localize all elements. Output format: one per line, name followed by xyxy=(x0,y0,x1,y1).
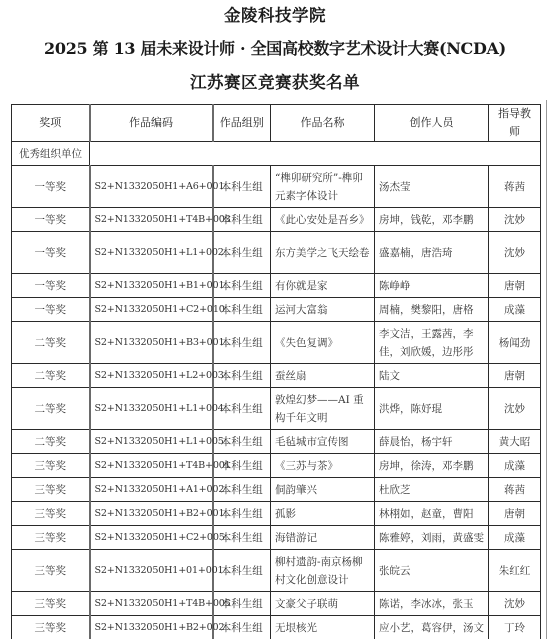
advisor-cell: 沈妙 xyxy=(489,232,541,274)
code-cell: S2+N1332050H1+L1+004 xyxy=(90,388,213,430)
page-edge-line xyxy=(546,100,547,639)
code-cell: S2+N1332050H1+B1+001 xyxy=(90,274,213,298)
creators-cell: 林栩如，赵童，曹阳 xyxy=(375,502,489,526)
title-cell: 《此心安处是吾乡》 xyxy=(271,208,375,232)
award-cell: 二等奖 xyxy=(12,364,90,388)
award-cell: 三等奖 xyxy=(12,526,90,550)
column-header-code: 作品编码 xyxy=(90,105,213,142)
table-row: 三等奖S2+N1332050H1+01+001本科生组柳村遗韵-南京杨柳村文化创… xyxy=(12,550,541,592)
table-row: 一等奖S2+N1332050H1+A6+001本科生组“榫卯研究所”-榫卯元素字… xyxy=(12,166,541,208)
code-cell: S2+N1332050H1+L1+005 xyxy=(90,430,213,454)
award-cell: 一等奖 xyxy=(12,274,90,298)
title-cell: 敦煌幻梦——AI 重构千年文明 xyxy=(271,388,375,430)
group-cell: 本科生组 xyxy=(213,322,271,364)
column-header-advisor: 指导教师 xyxy=(489,105,541,142)
section-row: 优秀组织单位 xyxy=(12,142,541,166)
code-cell: S2+N1332050H1+C2+005 xyxy=(90,526,213,550)
creators-cell: 薛晨怡，杨宇轩 xyxy=(375,430,489,454)
award-cell: 一等奖 xyxy=(12,232,90,274)
creators-cell: 杜欣芝 xyxy=(375,478,489,502)
table-row: 三等奖S2+N1332050H1+A1+002本科生组侗韵肇兴杜欣芝蒋茜 xyxy=(12,478,541,502)
group-cell: 本科生组 xyxy=(213,232,271,274)
award-cell: 三等奖 xyxy=(12,550,90,592)
code-cell: S2+N1332050H1+L1+002 xyxy=(90,232,213,274)
advisor-cell: 朱红红 xyxy=(489,550,541,592)
code-cell: S2+N1332050H1+B2+001 xyxy=(90,502,213,526)
table-row: 二等奖S2+N1332050H1+L2+003本科生组蚕丝扇陆文唐朝 xyxy=(12,364,541,388)
title-cell: 无垠核光 xyxy=(271,616,375,639)
table-row: 三等奖S2+N1332050H1+T4B+005本科生组文豪父子联萌陈诺，李冰冰… xyxy=(12,592,541,616)
creators-cell: 房坤，徐涛，邓李鹏 xyxy=(375,454,489,478)
award-cell: 二等奖 xyxy=(12,322,90,364)
title-cell: 柳村遗韵-南京杨柳村文化创意设计 xyxy=(271,550,375,592)
code-cell: S2+N1332050H1+A1+002 xyxy=(90,478,213,502)
award-cell: 三等奖 xyxy=(12,592,90,616)
title-cell: 孤影 xyxy=(271,502,375,526)
table-header-row: 奖项 作品编码 作品组别 作品名称 创作人员 指导教师 xyxy=(12,105,541,142)
creators-cell: 陆文 xyxy=(375,364,489,388)
title-cell: 东方美学之飞天绘卷 xyxy=(271,232,375,274)
advisor-cell: 黄大昭 xyxy=(489,430,541,454)
creators-cell: 陈雅婷，刘雨，黄盛雯 xyxy=(375,526,489,550)
table-row: 二等奖S2+N1332050H1+L1+005本科生组毛毡城市宣传图薛晨怡，杨宇… xyxy=(12,430,541,454)
advisor-cell: 沈妙 xyxy=(489,592,541,616)
group-cell: 本科生组 xyxy=(213,616,271,639)
section-label: 优秀组织单位 xyxy=(12,142,90,166)
code-cell: S2+N1332050H1+B3+001 xyxy=(90,322,213,364)
title-cell: 《三苏与茶》 xyxy=(271,454,375,478)
title-cell: 文豪父子联萌 xyxy=(271,592,375,616)
code-cell: S2+N1332050H1+B2+002 xyxy=(90,616,213,639)
group-cell: 本科生组 xyxy=(213,274,271,298)
table-row: 三等奖S2+N1332050H1+B2+001本科生组孤影林栩如，赵童，曹阳唐朝 xyxy=(12,502,541,526)
column-header-award: 奖项 xyxy=(12,105,90,142)
group-cell: 本科生组 xyxy=(213,478,271,502)
group-cell: 本科生组 xyxy=(213,454,271,478)
group-cell: 本科生组 xyxy=(213,388,271,430)
award-cell: 一等奖 xyxy=(12,208,90,232)
award-cell: 一等奖 xyxy=(12,166,90,208)
creators-cell: 陈诺，李冰冰，张玉 xyxy=(375,592,489,616)
column-header-creators: 创作人员 xyxy=(375,105,489,142)
advisor-cell: 蒋茜 xyxy=(489,166,541,208)
advisor-cell: 蒋茜 xyxy=(489,478,541,502)
section-empty xyxy=(90,142,541,166)
creators-cell: 应小艺，葛容伊，汤文 xyxy=(375,616,489,639)
table-row: 三等奖S2+N1332050H1+B2+002本科生组无垠核光应小艺，葛容伊，汤… xyxy=(12,616,541,639)
advisor-cell: 成藻 xyxy=(489,298,541,322)
advisor-cell: 唐朝 xyxy=(489,502,541,526)
code-cell: S2+N1332050H1+T4B+003 xyxy=(90,208,213,232)
group-cell: 本科生组 xyxy=(213,208,271,232)
table-row: 一等奖S2+N1332050H1+L1+002本科生组东方美学之飞天绘卷盛嘉楠，… xyxy=(12,232,541,274)
creators-cell: 周楠，樊黎阳，唐格 xyxy=(375,298,489,322)
title-cell: 海错游记 xyxy=(271,526,375,550)
award-cell: 三等奖 xyxy=(12,502,90,526)
group-cell: 本科生组 xyxy=(213,592,271,616)
column-header-group: 作品组别 xyxy=(213,105,271,142)
title-cell: 蚕丝扇 xyxy=(271,364,375,388)
title-cell: 运河大富翁 xyxy=(271,298,375,322)
advisor-cell: 杨闻劲 xyxy=(489,322,541,364)
table-row: 二等奖S2+N1332050H1+L1+004本科生组敦煌幻梦——AI 重构千年… xyxy=(12,388,541,430)
advisor-cell: 丁玲 xyxy=(489,616,541,639)
group-cell: 本科生组 xyxy=(213,550,271,592)
awards-table: 奖项 作品编码 作品组别 作品名称 创作人员 指导教师 优秀组织单位 一等奖S2… xyxy=(11,104,541,639)
creators-cell: 洪烨，陈妤琨 xyxy=(375,388,489,430)
competition-title: 2025 第 13 届未来设计师 · 全国高校数字艺术设计大赛(NCDA) xyxy=(0,36,550,59)
title-cell: “榫卯研究所”-榫卯元素字体设计 xyxy=(271,166,375,208)
code-cell: S2+N1332050H1+T4B+005 xyxy=(90,592,213,616)
group-cell: 本科生组 xyxy=(213,166,271,208)
award-cell: 三等奖 xyxy=(12,616,90,639)
title-cell: 《失色复调》 xyxy=(271,322,375,364)
table-row: 三等奖S2+N1332050H1+T4B+001本科生组《三苏与茶》房坤，徐涛，… xyxy=(12,454,541,478)
award-cell: 三等奖 xyxy=(12,478,90,502)
award-cell: 二等奖 xyxy=(12,388,90,430)
table-row: 二等奖S2+N1332050H1+B3+001本科生组《失色复调》李文洁，王露茜… xyxy=(12,322,541,364)
code-cell: S2+N1332050H1+01+001 xyxy=(90,550,213,592)
list-subtitle: 江苏赛区竞赛获奖名单 xyxy=(0,69,550,93)
title-cell: 侗韵肇兴 xyxy=(271,478,375,502)
creators-cell: 房坤，钱乾，邓李鹏 xyxy=(375,208,489,232)
table-row: 三等奖S2+N1332050H1+C2+005本科生组海错游记陈雅婷，刘雨，黄盛… xyxy=(12,526,541,550)
creators-cell: 张皖云 xyxy=(375,550,489,592)
award-cell: 一等奖 xyxy=(12,298,90,322)
table-row: 一等奖S2+N1332050H1+T4B+003本科生组《此心安处是吾乡》房坤，… xyxy=(12,208,541,232)
code-cell: S2+N1332050H1+T4B+001 xyxy=(90,454,213,478)
advisor-cell: 唐朝 xyxy=(489,274,541,298)
creators-cell: 盛嘉楠，唐浩琦 xyxy=(375,232,489,274)
column-header-title: 作品名称 xyxy=(271,105,375,142)
group-cell: 本科生组 xyxy=(213,364,271,388)
creators-cell: 陈峥峥 xyxy=(375,274,489,298)
title-cell: 毛毡城市宣传图 xyxy=(271,430,375,454)
advisor-cell: 成藻 xyxy=(489,454,541,478)
creators-cell: 李文洁，王露茜，李佳，刘欣媛，边彤彤 xyxy=(375,322,489,364)
award-cell: 二等奖 xyxy=(12,430,90,454)
title-cell: 有你就是家 xyxy=(271,274,375,298)
group-cell: 本科生组 xyxy=(213,526,271,550)
code-cell: S2+N1332050H1+C2+010 xyxy=(90,298,213,322)
institution-title: 金陵科技学院 xyxy=(0,2,550,26)
group-cell: 本科生组 xyxy=(213,430,271,454)
creators-cell: 汤杰莹 xyxy=(375,166,489,208)
advisor-cell: 唐朝 xyxy=(489,364,541,388)
award-cell: 三等奖 xyxy=(12,454,90,478)
advisor-cell: 沈妙 xyxy=(489,208,541,232)
table-row: 一等奖S2+N1332050H1+C2+010本科生组运河大富翁周楠，樊黎阳，唐… xyxy=(12,298,541,322)
code-cell: S2+N1332050H1+A6+001 xyxy=(90,166,213,208)
advisor-cell: 沈妙 xyxy=(489,388,541,430)
group-cell: 本科生组 xyxy=(213,502,271,526)
advisor-cell: 成藻 xyxy=(489,526,541,550)
table-row: 一等奖S2+N1332050H1+B1+001本科生组有你就是家陈峥峥唐朝 xyxy=(12,274,541,298)
group-cell: 本科生组 xyxy=(213,298,271,322)
code-cell: S2+N1332050H1+L2+003 xyxy=(90,364,213,388)
